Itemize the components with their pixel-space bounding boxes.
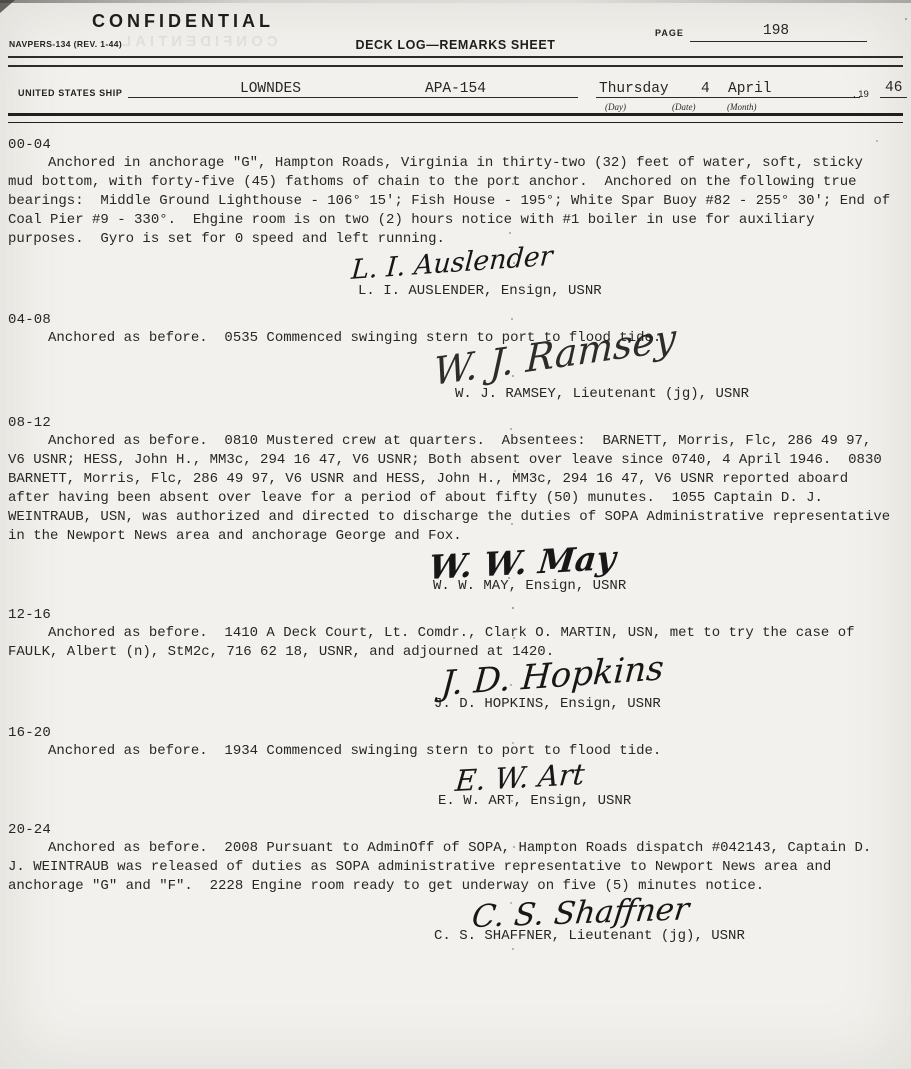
signature-block: W. W. May W. W. MAY, Ensign, USNR (433, 550, 894, 594)
signature-block: E. W. Art E. W. ART, Ensign, USNR (438, 765, 894, 809)
page-label: PAGE (655, 28, 684, 38)
signature-block: J. D. Hopkins J. D. HOPKINS, Ensign, USN… (434, 666, 894, 712)
confidential-stamp: CONFIDENTIAL (92, 11, 274, 32)
page-number-underline (690, 41, 867, 42)
log-entry-20-24: 20-24 Anchored as before. 2008 Pursuant … (8, 822, 894, 944)
page-number: 198 (763, 23, 789, 39)
hull-number: APA-154 (425, 81, 486, 97)
signature-typed-name: L. I. AUSLENDER, Ensign, USNR (358, 283, 894, 299)
day-caption: (Day) (605, 102, 626, 112)
watch-period: 00-04 (8, 137, 894, 153)
date-caption: (Date) (672, 102, 696, 112)
watch-period: 16-20 (8, 725, 894, 741)
log-date: 4 (701, 81, 710, 97)
deck-log-remarks-sheet: CONFIDENTIAL CONFIDENTIAL NAVPERS-134 (R… (0, 0, 911, 1069)
date-underline (596, 97, 860, 98)
signature-block: C. S. Shaffner C. S. SHAFFNER, Lieutenan… (434, 900, 894, 944)
scan-edge-artifact (0, 0, 911, 3)
ship-label: UNITED STATES SHIP (18, 88, 122, 98)
header-double-rule (8, 56, 903, 67)
log-entry-08-12: 08-12 Anchored as before. 0810 Mustered … (8, 415, 894, 594)
log-entry-12-16: 12-16 Anchored as before. 1410 A Deck Co… (8, 607, 894, 712)
log-entries: 00-04 Anchored in anchorage "G", Hampton… (8, 124, 894, 953)
ship-name: LOWNDES (240, 81, 301, 97)
entry-text: Anchored as before. 0810 Mustered crew a… (8, 432, 894, 546)
year-prefix: , 19 (853, 89, 869, 100)
log-day: Thursday (599, 81, 669, 97)
watch-period: 08-12 (8, 415, 894, 431)
log-entry-00-04: 00-04 Anchored in anchorage "G", Hampton… (8, 137, 894, 299)
signature-block: L. I. Auslender L. I. AUSLENDER, Ensign,… (358, 253, 894, 299)
torn-corner-artifact (0, 0, 15, 13)
signature-typed-name: W. J. RAMSEY, Lieutenant (jg), USNR (455, 386, 894, 402)
watch-period: 20-24 (8, 822, 894, 838)
year-underline (880, 97, 907, 98)
entry-text: Anchored as before. 2008 Pursuant to Adm… (8, 839, 894, 896)
log-entry-16-20: 16-20 Anchored as before. 1934 Commenced… (8, 725, 894, 809)
month-caption: (Month) (727, 102, 757, 112)
signature-block: W. J. Ramsey W. J. RAMSEY, Lieutenant (j… (455, 352, 894, 402)
log-year: 46 (885, 80, 902, 96)
scan-specks (0, 0, 2, 2)
log-month: April (728, 81, 772, 97)
signature-typed-name: E. W. ART, Ensign, USNR (438, 793, 894, 809)
header-heavy-rule (8, 113, 903, 123)
watch-period: 12-16 (8, 607, 894, 623)
log-entry-04-08: 04-08 Anchored as before. 0535 Commenced… (8, 312, 894, 402)
ship-name-underline (128, 97, 578, 98)
